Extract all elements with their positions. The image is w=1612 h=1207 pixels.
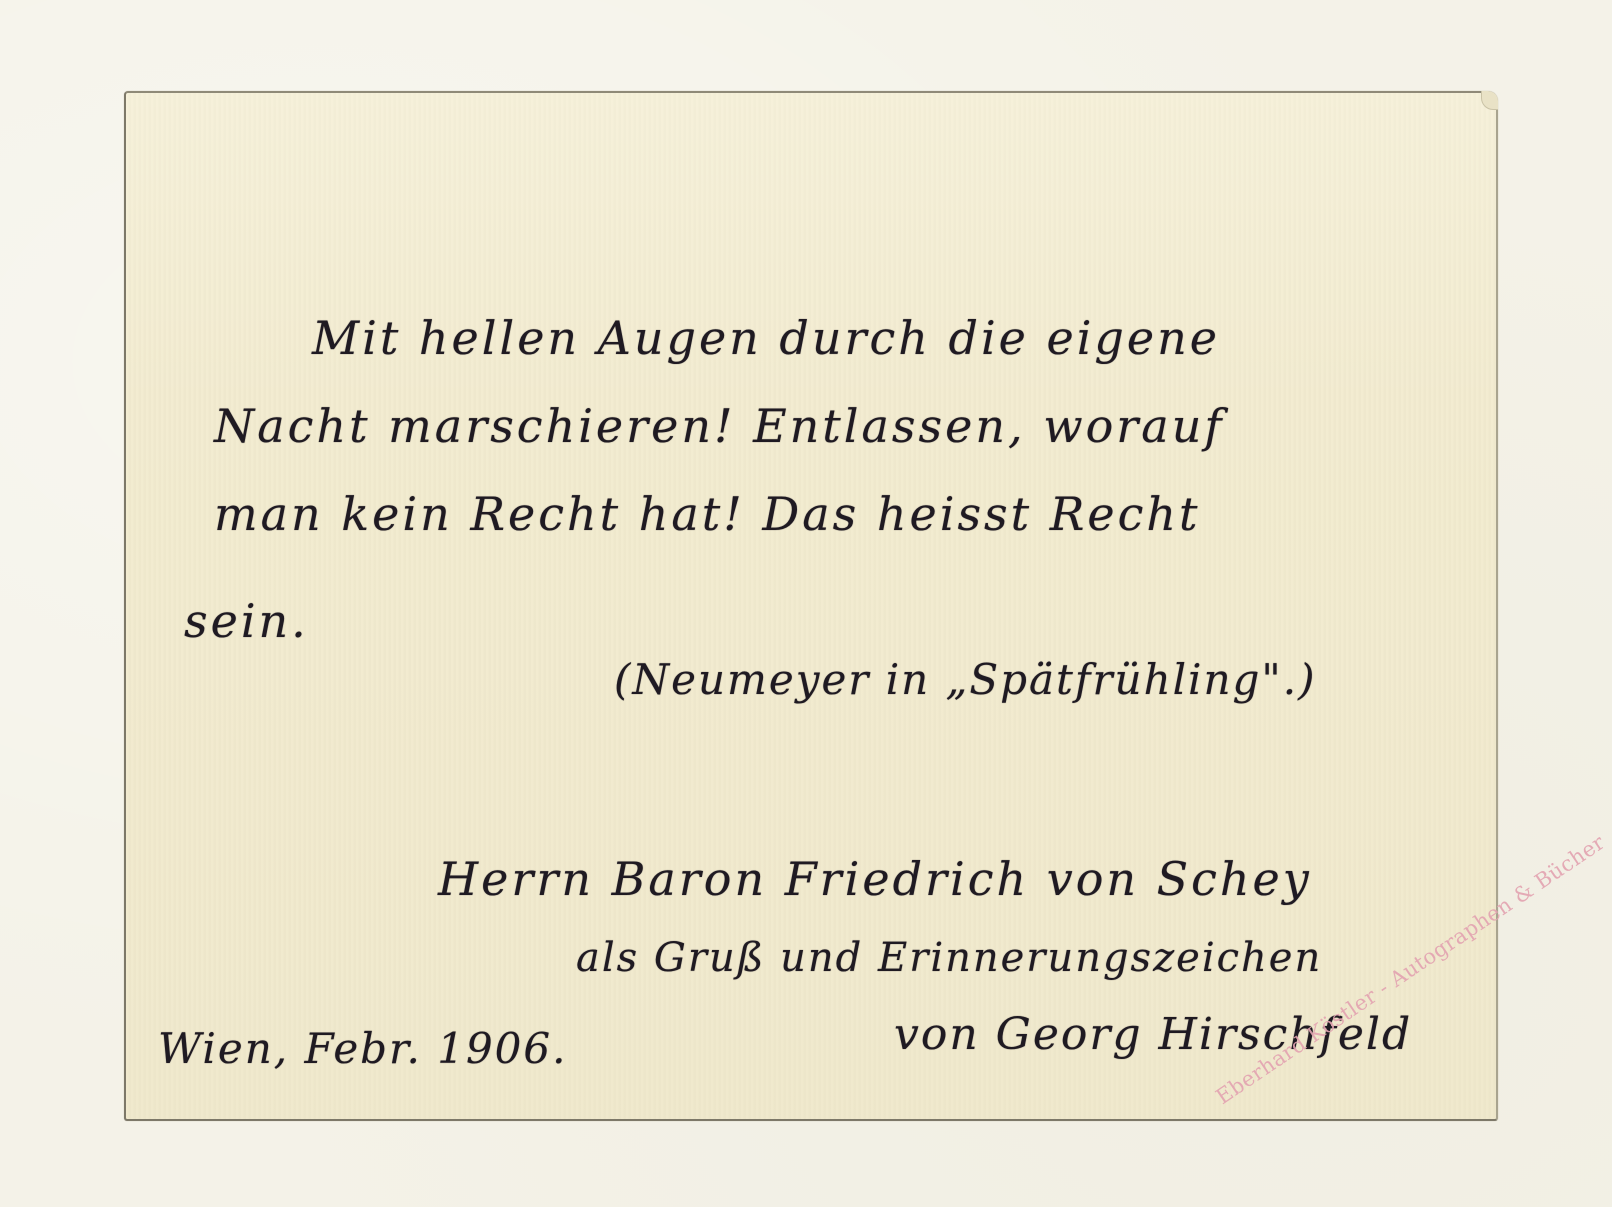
card-corner-wear xyxy=(1481,91,1498,110)
quote-line-2: Nacht marschieren! Entlassen, worauf xyxy=(214,403,1224,449)
quote-line-1: Mit hellen Augen durch die eigene xyxy=(312,315,1220,361)
quote-attribution: (Neumeyer in „Spätfrühling".) xyxy=(614,659,1316,701)
autograph-card: Mit hellen Augen durch die eigene Nacht … xyxy=(124,91,1498,1121)
dedication-note: als Gruß und Erinnerungszeichen xyxy=(576,938,1322,978)
place-date: Wien, Febr. 1906. xyxy=(158,1028,567,1070)
quote-line-3: man kein Recht hat! Das heisst Recht xyxy=(214,491,1201,537)
quote-line-4: sein. xyxy=(184,598,309,644)
dedication-recipient: Herrn Baron Friedrich von Schey xyxy=(438,856,1312,902)
